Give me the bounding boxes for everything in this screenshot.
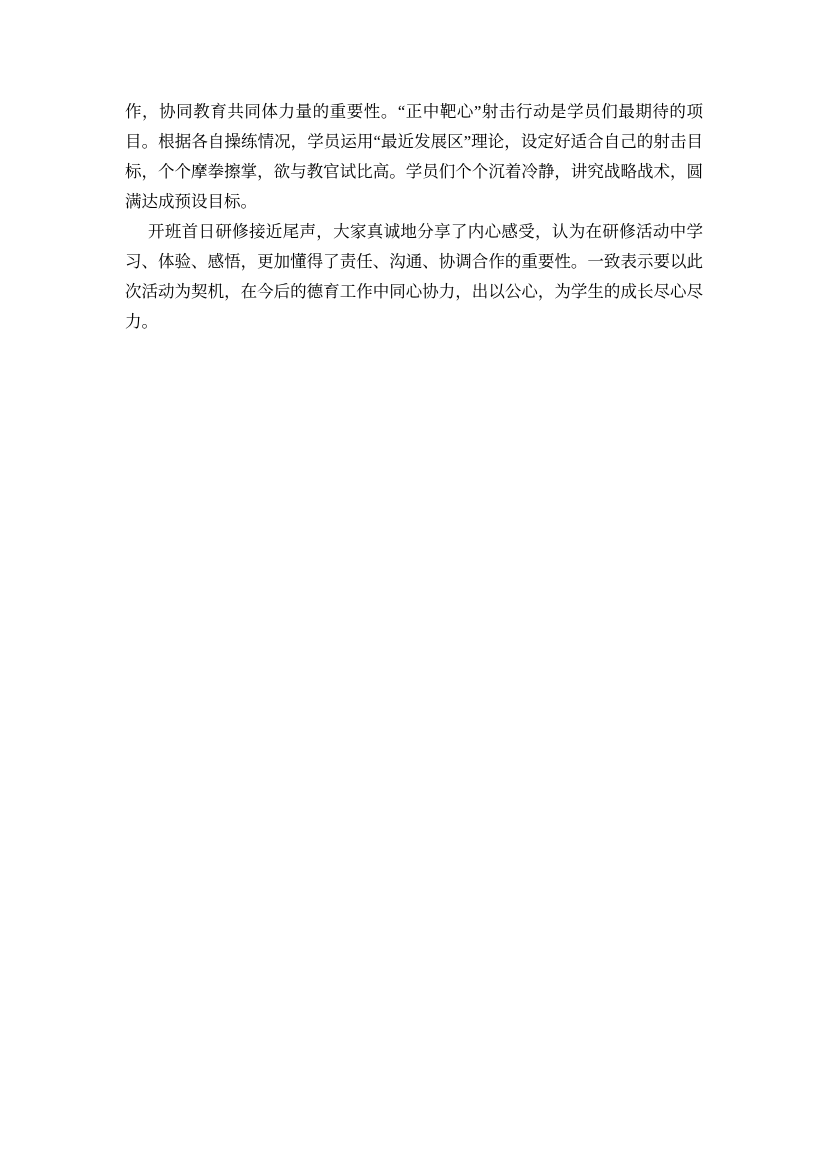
document-body-text: 作，协同教育共同体力量的重要性。“正中靶心”射击行动是学员们最期待的项目。根据各…	[125, 97, 703, 337]
document-page: 作，协同教育共同体力量的重要性。“正中靶心”射击行动是学员们最期待的项目。根据各…	[0, 0, 827, 1170]
paragraph: 作，协同教育共同体力量的重要性。“正中靶心”射击行动是学员们最期待的项目。根据各…	[125, 97, 703, 217]
paragraph: 开班首日研修接近尾声，大家真诚地分享了内心感受，认为在研修活动中学习、体验、感悟…	[125, 217, 703, 337]
